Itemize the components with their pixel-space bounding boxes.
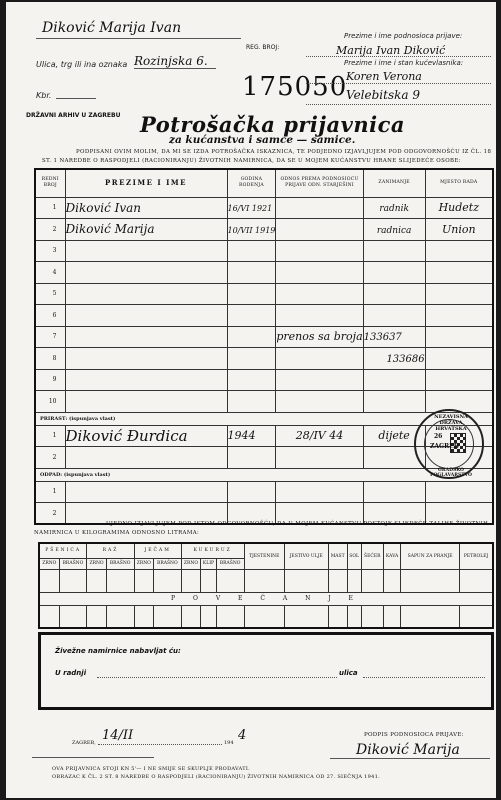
applicant-label: Prezime i ime podnosioca prijave:: [344, 32, 462, 40]
col-kerosene: PETROLEJ: [460, 543, 493, 569]
price-note: OVA PRIJAVNICA STOJI KN 5'— I NE SMIJE S…: [52, 766, 250, 772]
sub-flour: BRAŠNO: [106, 558, 134, 569]
official-stamp: NEZAVISNA DRŽAVA HRVATSKA 26 ZAGREB GRAD…: [414, 409, 484, 479]
col-birth-year: GODINA RODENJA: [227, 169, 276, 197]
owner-address-line: [306, 104, 491, 105]
sub-grain: ZRNO: [181, 558, 200, 569]
applicant-line: [306, 56, 491, 57]
transfer-number-2: 133686: [386, 354, 424, 365]
supplies-intro: UJEDNO IZJAVLJUJEM POD ISTOM ODGOVORNOŠĆ…: [34, 520, 492, 538]
applicant-name-handwritten: Diković Marija Ivan: [42, 20, 181, 36]
sub-grain: ZRNO: [134, 558, 153, 569]
col-lard: MAST: [328, 543, 347, 569]
stamp-outer-text: NEZAVISNA DRŽAVA HRVATSKA: [426, 414, 476, 432]
document-page: Diković Marija Ivan Ulica, trg ili ina o…: [6, 2, 496, 798]
signature-label: PODPIS PODNOSIOCA PRIJAVE:: [364, 732, 464, 738]
col-oil: JESTIVO ULJE: [284, 543, 328, 569]
signature-value: Diković Marija: [356, 742, 460, 758]
row-number: 1: [35, 197, 65, 219]
sub-cob: KLIP: [201, 558, 217, 569]
sub-flour: BRAŠNO: [59, 558, 87, 569]
row-number: 4: [35, 262, 65, 284]
col-occupation: ZANIMANJE: [363, 169, 425, 197]
row-number: 10: [35, 391, 65, 413]
name-underline: [36, 38, 241, 39]
col-pasta: TJESTENINE: [244, 543, 284, 569]
person-name: Diković Ivan: [66, 201, 142, 215]
addition-name: Diković Đurdica: [66, 427, 188, 445]
row-number: 7: [35, 326, 65, 348]
person-workplace: Union: [442, 223, 476, 236]
addition-born: 1944: [228, 429, 256, 442]
person-relation: [276, 219, 363, 241]
reg-label: REG. BROJ:: [246, 44, 279, 51]
col-relation: ODNOS PREMA PODNOSIOCU PRIJAVE ODN. STAR…: [276, 169, 363, 197]
reg-number: 175050: [242, 72, 347, 102]
persons-header-row: REDNI BROJ PREZIME I IME GODINA RODENJA …: [35, 169, 493, 197]
row-number: 6: [35, 305, 65, 327]
form-subtitle: za kućanstva i samce — samice.: [169, 134, 355, 146]
row-number: 5: [35, 283, 65, 305]
person-relation: [276, 197, 363, 219]
person-row: 9: [35, 369, 493, 391]
person-row: 5: [35, 283, 493, 305]
person-row: 7prenos sa broja133637: [35, 326, 493, 348]
person-born: 10/VII 1919: [228, 226, 276, 235]
sub-grain: ZRNO: [87, 558, 106, 569]
person-workplace: Hudetz: [439, 201, 479, 214]
owner-address: Velebitska 9: [346, 88, 420, 102]
increase-label: P O V E Ć A N J E: [39, 592, 493, 605]
street-label-provider: ulica: [339, 669, 358, 677]
person-row: 1Diković Ivan16/VI 1921radnikHudetz: [35, 197, 493, 219]
addition-occupation: dijete: [378, 429, 409, 442]
group-corn: KUKURUZ: [181, 543, 244, 558]
owner-label: Prezime i ime i stan kućevlasnika:: [344, 59, 463, 67]
row-number: 1: [35, 425, 65, 447]
form-reference-note: OBRAZAC K ČL. 2 ST. 8 NAREDBE O RASPODJE…: [52, 774, 380, 780]
archive-stamp: DRŽAVNI ARHIV U ZAGREBU: [26, 112, 120, 119]
year-prefix: 194: [224, 740, 234, 746]
transfer-note: prenos sa broja: [276, 330, 362, 343]
stamp-center-text: ZAGREB: [430, 443, 459, 450]
col-salt: SOL: [347, 543, 361, 569]
place-label: ZAGREB,: [72, 740, 96, 746]
sub-flour: BRAŠNO: [216, 558, 244, 569]
owner-name: Koren Verona: [346, 70, 422, 83]
person-row: 6: [35, 305, 493, 327]
row-number: 2: [35, 219, 65, 241]
sub-flour: BRAŠNO: [153, 558, 181, 569]
date-line: [98, 744, 222, 745]
col-soap: SAPUN ZA PRANJE: [401, 543, 460, 569]
sub-grain: ZRNO: [39, 558, 59, 569]
person-occupation: radnica: [377, 226, 412, 236]
row-number: 2: [35, 447, 65, 469]
row-number: 9: [35, 369, 65, 391]
increase-values-row: [39, 605, 493, 628]
shop-label: U radnji: [55, 669, 86, 677]
supplies-values-row: [39, 569, 493, 592]
provider-heading: Živežne namirnice nabavljat ću:: [55, 647, 181, 655]
col-number: REDNI BROJ: [35, 169, 65, 197]
provider-street-line: [363, 677, 485, 678]
col-sugar: ŠEĆER: [361, 543, 383, 569]
addition-date: 28/IV 44: [296, 429, 344, 442]
footer-rule: [32, 757, 154, 758]
house-number-line: [56, 98, 96, 99]
person-row: 4: [35, 262, 493, 284]
col-name: PREZIME I IME: [65, 169, 227, 197]
stamp-number: 26: [434, 433, 442, 440]
person-born: 16/VI 1921: [228, 204, 273, 213]
person-row: 8133686: [35, 348, 493, 370]
col-coffee: KAVA: [383, 543, 400, 569]
date-value: 14/II: [102, 728, 133, 743]
group-barley: JEČAM: [134, 543, 181, 558]
provider-box: Živežne namirnice nabavljat ću: U radnji…: [38, 632, 494, 710]
person-row: 3: [35, 240, 493, 262]
signature-line: [330, 758, 490, 759]
street-value: Rozinjska 6.: [134, 54, 208, 68]
owner-name-line: [306, 83, 491, 84]
person-occupation: radnik: [379, 204, 409, 214]
street-underline: [134, 68, 216, 69]
stamp-lower-text: GRADSKO POGLAVARSTVO: [424, 468, 478, 478]
shop-line: [97, 677, 337, 678]
supplies-table: PŠENICA RAŽ JEČAM KUKURUZ TJESTENINE JES…: [38, 542, 494, 629]
street-label: Ulica, trg ili ina oznaka: [36, 60, 127, 69]
house-number-label: Kbr.: [36, 91, 51, 100]
transfer-number-1: 133637: [364, 332, 402, 343]
person-row: 2Diković Marija10/VII 1919radnicaUnion: [35, 219, 493, 241]
row-number: 3: [35, 240, 65, 262]
col-workplace: MJESTO RADA: [425, 169, 493, 197]
intro-declaration: PODPISANI OVIM MOLIM, DA MI SE IZDA POTR…: [42, 148, 494, 166]
row-number: 1: [35, 481, 65, 503]
person-row: 10: [35, 391, 493, 413]
removal-row: 1: [35, 481, 493, 503]
row-number: 8: [35, 348, 65, 370]
group-rye: RAŽ: [87, 543, 134, 558]
year-suffix: 4: [238, 728, 246, 743]
person-name: Diković Marija: [66, 222, 155, 236]
group-wheat: PŠENICA: [39, 543, 87, 558]
